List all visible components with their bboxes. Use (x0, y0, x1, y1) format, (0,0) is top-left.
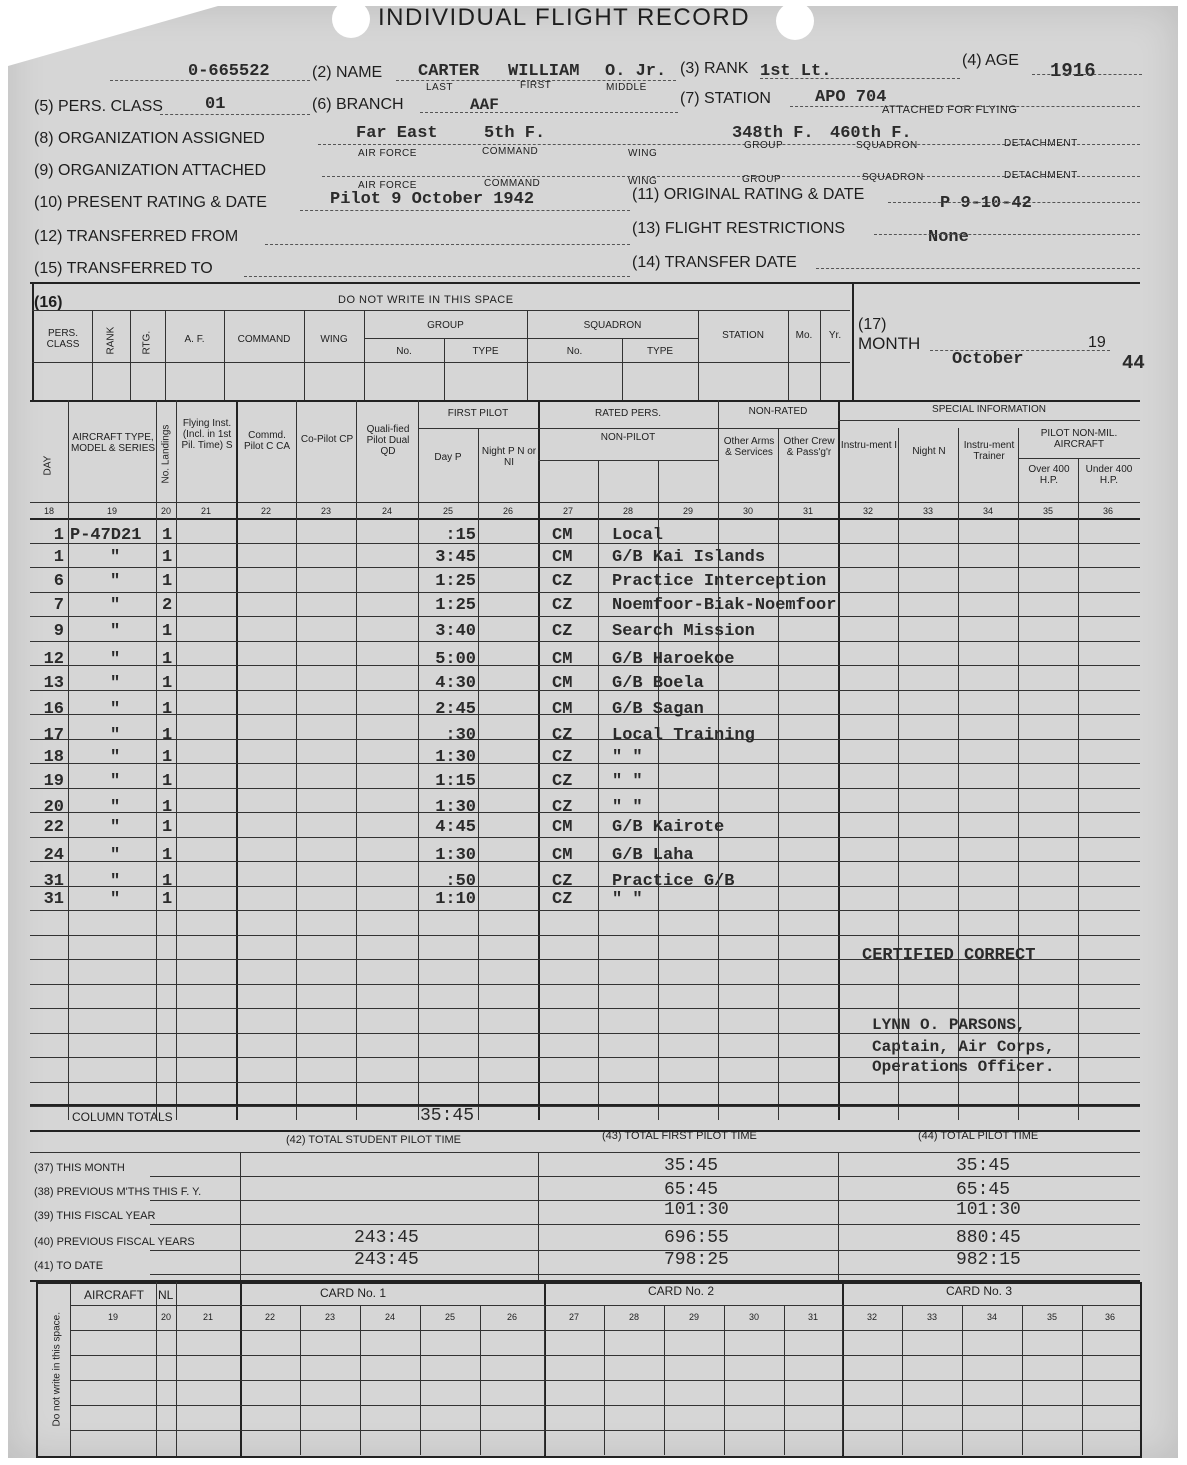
name-sublabel-last: LAST (426, 82, 453, 93)
flight-landings: 1 (162, 818, 172, 837)
present-rating-value: Pilot 9 October 1942 (330, 190, 534, 209)
flight-day-time: 1:25 (420, 596, 476, 615)
flight-day: 1 (34, 548, 64, 567)
hdr-station: STATION (698, 330, 788, 341)
col-num-27: 27 (538, 506, 598, 517)
flight-day-time: 2:45 (420, 700, 476, 719)
hdr-group: GROUP (364, 320, 527, 331)
card-col-number: 34 (962, 1312, 1022, 1323)
totals-row-label: (39) THIS FISCAL YEAR (34, 1210, 155, 1222)
certifier-title: Operations Officer. (872, 1058, 1054, 1076)
hdr-group-type: TYPE (444, 346, 527, 357)
month-block-label: (17) (858, 316, 886, 334)
card-2-label: CARD No. 2 (648, 1284, 714, 1298)
first-pilot-time: 696:55 (664, 1228, 729, 1248)
flight-code: CZ (552, 772, 572, 791)
flight-aircraft: " (110, 622, 120, 641)
total-pilot-time: 880:45 (956, 1228, 1021, 1248)
flight-code: CM (552, 548, 572, 567)
flight-remarks: Noemfoor-Biak-Noemfoor (612, 596, 836, 615)
col-num-36: 36 (1078, 506, 1138, 517)
flight-landings: 1 (162, 572, 172, 591)
log-rule-line (30, 837, 1140, 838)
col-num-31: 31 (778, 506, 838, 517)
org-attached-label: (9) ORGANIZATION ATTACHED (34, 162, 266, 180)
year-prefix: 19 (1088, 334, 1106, 352)
block16-box (32, 282, 854, 402)
flight-day: 1 (34, 526, 64, 545)
hdr-landings: No. Landings (161, 424, 172, 484)
month-label: MONTH (858, 334, 920, 354)
sublabel-detachment: DETACHMENT (1004, 138, 1078, 149)
flight-code: CZ (552, 726, 572, 745)
flight-code: CZ (552, 872, 572, 891)
hdr-commd-pilot: Commd. Pilot C CA (238, 430, 296, 452)
log-rule-line (30, 739, 1140, 740)
flight-landings: 1 (162, 548, 172, 567)
log-rule-line (30, 543, 1140, 544)
flight-landings: 2 (162, 596, 172, 615)
flight-aircraft: " (110, 772, 120, 791)
col-num-28: 28 (598, 506, 658, 517)
flight-landings: 1 (162, 622, 172, 641)
flight-day: 18 (34, 748, 64, 767)
card-col-number: 36 (1082, 1312, 1138, 1323)
org-assigned-label: (8) ORGANIZATION ASSIGNED (34, 130, 265, 148)
flight-aircraft: " (110, 748, 120, 767)
card-col-number: 20 (156, 1312, 176, 1323)
transferred-to-label: (15) TRANSFERRED TO (34, 260, 213, 278)
col-num-26: 26 (478, 506, 538, 517)
hdr-other-arms: Other Arms & Services (720, 436, 778, 458)
hdr-mo: Mo. (788, 330, 820, 341)
log-rule-line (30, 592, 1140, 593)
flight-remarks: " " (612, 890, 643, 909)
sublabel-squadron-2: SQUADRON (862, 172, 924, 183)
flight-aircraft: P-47D21 (70, 526, 141, 545)
serial-number: 0-665522 (188, 62, 270, 81)
sublabel-command-2: COMMAND (484, 178, 540, 189)
card-col-number: 27 (544, 1312, 604, 1323)
flight-aircraft: " (110, 846, 120, 865)
col-num-22: 22 (236, 506, 296, 517)
hdr-squadron-type: TYPE (622, 346, 698, 357)
flight-code: CZ (552, 622, 572, 641)
pers-class-value: 01 (205, 95, 225, 114)
flight-remarks: " " (612, 772, 643, 791)
flight-aircraft: " (110, 872, 120, 891)
torn-corner (8, 6, 218, 66)
flight-landings: 1 (162, 674, 172, 693)
flight-remarks: G/B Haroekoe (612, 650, 734, 669)
hdr-aircraft: AIRCRAFT TYPE, MODEL & SERIES (70, 432, 156, 454)
card-col-number: 21 (176, 1312, 240, 1323)
flight-day-time: 1:15 (420, 772, 476, 791)
hdr-special-info: SPECIAL INFORMATION (838, 404, 1140, 415)
cards-nl-label: NL (158, 1288, 173, 1302)
col-num-30: 30 (718, 506, 778, 517)
flight-restrictions-label: (13) FLIGHT RESTRICTIONS (632, 220, 845, 238)
flight-day-time: 3:40 (420, 622, 476, 641)
flight-day: 20 (34, 798, 64, 817)
log-rule-line (30, 641, 1140, 642)
flight-code: CM (552, 700, 572, 719)
card-col-number: 30 (724, 1312, 784, 1323)
flight-day: 31 (34, 890, 64, 909)
sublabel-detachment-2: DETACHMENT (1004, 170, 1078, 181)
student-pilot-time: 243:45 (354, 1250, 419, 1270)
flight-day-time: 1:25 (420, 572, 476, 591)
flight-landings: 1 (162, 650, 172, 669)
log-rule-line (30, 788, 1140, 789)
col-num-34: 34 (958, 506, 1018, 517)
pers-class-label: (5) PERS. CLASS (34, 98, 163, 116)
flight-remarks: Search Mission (612, 622, 755, 641)
col-num-24: 24 (356, 506, 418, 517)
flight-restrictions-value: None (928, 228, 969, 247)
flight-aircraft: " (110, 674, 120, 693)
hdr-non-rated: NON-RATED (718, 406, 838, 417)
log-rule-line (30, 812, 1140, 813)
first-pilot-time: 65:45 (664, 1180, 718, 1200)
flight-day: 9 (34, 622, 64, 641)
hdr-night-p: Night P N or NI (480, 446, 538, 468)
hdr-instrument: Instru-ment I (840, 440, 898, 451)
flight-code: CZ (552, 798, 572, 817)
flight-aircraft: " (110, 572, 120, 591)
card-col-number: 35 (1022, 1312, 1082, 1323)
hdr-first-pilot: FIRST PILOT (418, 408, 538, 419)
flight-aircraft: " (110, 798, 120, 817)
sublabel-air-force: AIR FORCE (358, 148, 417, 159)
card-col-number: 28 (604, 1312, 664, 1323)
transfer-date-label: (14) TRANSFER DATE (632, 254, 797, 272)
flight-code: CM (552, 818, 572, 837)
flight-code: CZ (552, 596, 572, 615)
log-rule-line (30, 935, 1140, 936)
original-rating-value: P 9-10-42 (940, 194, 1032, 213)
flight-code: CZ (552, 572, 572, 591)
hdr-night: Night N (900, 446, 958, 457)
log-rule-line (30, 665, 1140, 666)
flight-remarks: G/B Kairote (612, 818, 724, 837)
log-rule-line (30, 886, 1140, 887)
org-assigned-air-force: Far East (356, 124, 438, 143)
first-pilot-time: 101:30 (664, 1200, 729, 1220)
flight-day-time: :50 (420, 872, 476, 891)
flight-day: 24 (34, 846, 64, 865)
name-middle: O. Jr. (605, 62, 666, 81)
attached-for-flying-label: ATTACHED FOR FLYING (882, 104, 1017, 116)
flight-day: 16 (34, 700, 64, 719)
col-num-32: 32 (838, 506, 898, 517)
form-title: INDIVIDUAL FLIGHT RECORD (378, 4, 750, 32)
card-col-number: 31 (784, 1312, 842, 1323)
hdr-command: COMMAND (224, 334, 304, 345)
total-pilot-time: 982:15 (956, 1250, 1021, 1270)
flight-day-time: 1:30 (420, 846, 476, 865)
flight-remarks: Practice Interception (612, 572, 826, 591)
flight-aircraft: " (110, 548, 120, 567)
name-sublabel-first: FIRST (520, 80, 551, 91)
sublabel-squadron: SQUADRON (856, 140, 918, 151)
transferred-from-label: (12) TRANSFERRED FROM (34, 228, 238, 246)
flight-aircraft: " (110, 818, 120, 837)
flight-code: CM (552, 650, 572, 669)
flight-day: 7 (34, 596, 64, 615)
column-totals-label: COLUMN TOTALS (72, 1110, 173, 1124)
flight-remarks: " " (612, 798, 643, 817)
card-col-number: 32 (842, 1312, 902, 1323)
total-pilot-time: 35:45 (956, 1156, 1010, 1176)
log-rule-line (30, 616, 1140, 617)
hdr-other-crew: Other Crew & Pass'g'r (780, 436, 838, 458)
flight-landings: 1 (162, 890, 172, 909)
hdr-group-no: No. (364, 346, 444, 357)
flight-remarks: G/B Kai Islands (612, 548, 765, 567)
sublabel-wing: WING (628, 148, 657, 159)
flight-remarks: " " (612, 748, 643, 767)
name-first: WILLIAM (508, 62, 579, 81)
hdr-co-pilot: Co-Pilot CP (298, 434, 356, 445)
flight-day: 12 (34, 650, 64, 669)
flight-remarks: G/B Laha (612, 846, 694, 865)
card-3-label: CARD No. 3 (946, 1284, 1012, 1298)
cards-aircraft-label: AIRCRAFT (84, 1288, 144, 1302)
hdr-qualified: Quali-fied Pilot Dual QD (358, 424, 418, 457)
flight-code: CM (552, 526, 572, 545)
sublabel-group-2: GROUP (742, 174, 781, 185)
hdr-af: A. F. (165, 334, 224, 345)
total-pilot-time: 101:30 (956, 1200, 1021, 1220)
sublabel-group: GROUP (744, 140, 783, 151)
flight-day: 17 (34, 726, 64, 745)
col-num-35: 35 (1018, 506, 1078, 517)
log-rule-line (30, 861, 1140, 862)
flight-remarks: G/B Boela (612, 674, 704, 693)
flight-day: 13 (34, 674, 64, 693)
certifier-rank: Captain, Air Corps, (872, 1038, 1054, 1056)
hdr-flying-inst: Flying Inst. (Incl. in 1st Pil. Time) S (178, 418, 236, 451)
year-value: 44 (1122, 352, 1145, 374)
flight-landings: 1 (162, 726, 172, 745)
log-rule-line (30, 567, 1140, 568)
certifier-name: LYNN O. PARSONS, (872, 1016, 1026, 1034)
hdr-pers-class: PERS. CLASS (34, 328, 92, 350)
col-num-29: 29 (658, 506, 718, 517)
flight-remarks: G/B Sagan (612, 700, 704, 719)
log-rule-line (30, 910, 1140, 911)
flight-remarks: Local Training (612, 726, 755, 745)
card-col-number: 33 (902, 1312, 962, 1323)
name-sublabel-middle: MIDDLE (606, 82, 647, 93)
hdr-day: DAY (43, 436, 54, 476)
student-pilot-time: 243:45 (354, 1228, 419, 1248)
card-1-label: CARD No. 1 (320, 1286, 386, 1300)
col-num-20: 20 (156, 506, 176, 517)
hdr-squadron: SQUADRON (527, 320, 698, 331)
first-pilot-time: 35:45 (664, 1156, 718, 1176)
log-rule-line (30, 690, 1140, 691)
flight-day-time: :15 (420, 526, 476, 545)
flight-day-time: 4:45 (420, 818, 476, 837)
flight-landings: 1 (162, 872, 172, 891)
totals-row-label: (37) THIS MONTH (34, 1162, 125, 1174)
org-assigned-command: 5th F. (484, 124, 545, 143)
col-num-23: 23 (296, 506, 356, 517)
rank-label: (3) RANK (680, 60, 748, 78)
hdr-day-p: Day P (418, 452, 478, 463)
flight-day-time: :30 (420, 726, 476, 745)
log-rule-line (30, 984, 1140, 985)
flight-day-time: 3:45 (420, 548, 476, 567)
log-rule-line (30, 714, 1140, 715)
flight-landings: 1 (162, 526, 172, 545)
hdr-squadron-no: No. (527, 346, 622, 357)
flight-day: 19 (34, 772, 64, 791)
punch-hole-left (332, 0, 370, 38)
flight-day: 22 (34, 818, 64, 837)
flight-aircraft: " (110, 596, 120, 615)
column-total-day-p: 35:45 (420, 1106, 474, 1126)
flight-day: 6 (34, 572, 64, 591)
card-col-number: 29 (664, 1312, 724, 1323)
totals-row-label: (40) PREVIOUS FISCAL YEARS (34, 1236, 195, 1248)
hdr-rank: RANK (106, 317, 117, 355)
flight-landings: 1 (162, 798, 172, 817)
cards-side-note: Do not write in this space. (52, 1317, 63, 1427)
col-num-21: 21 (176, 506, 236, 517)
flight-day-time: 5:00 (420, 650, 476, 669)
flight-aircraft: " (110, 726, 120, 745)
hdr-over-400: Over 400 H.P. (1020, 464, 1078, 486)
flight-landings: 1 (162, 748, 172, 767)
log-rule-line (30, 1082, 1140, 1083)
card-col-number: 23 (300, 1312, 360, 1323)
flight-aircraft: " (110, 890, 120, 909)
name-label: (2) NAME (312, 64, 382, 82)
col-num-25: 25 (418, 506, 478, 517)
hdr-rated-pers: RATED PERS. (538, 408, 718, 419)
card-col-number: 25 (420, 1312, 480, 1323)
flight-aircraft: " (110, 650, 120, 669)
log-rule-line (30, 1008, 1140, 1009)
flight-day-time: 4:30 (420, 674, 476, 693)
flight-landings: 1 (162, 772, 172, 791)
flight-day-time: 1:10 (420, 890, 476, 909)
col-num-19: 19 (68, 506, 156, 517)
card-col-number: 24 (360, 1312, 420, 1323)
totals-row-label: (41) TO DATE (34, 1260, 103, 1272)
punch-hole-right (776, 2, 814, 40)
student-total-label: (42) TOTAL STUDENT PILOT TIME (286, 1134, 461, 1146)
totals-row-label: (38) PREVIOUS M'THS THIS F. Y. (34, 1186, 201, 1198)
hdr-non-pilot: NON-PILOT (538, 432, 718, 443)
card-col-number: 19 (70, 1312, 156, 1323)
flight-aircraft: " (110, 700, 120, 719)
flight-day-time: 1:30 (420, 798, 476, 817)
log-rule-line (30, 1106, 1140, 1107)
station-label: (7) STATION (680, 90, 771, 108)
present-rating-label: (10) PRESENT RATING & DATE (34, 194, 267, 212)
name-last: CARTER (418, 62, 479, 81)
flight-code: CZ (552, 890, 572, 909)
month-value: October (952, 350, 1023, 369)
age-value: 1916 (1050, 60, 1096, 82)
hdr-wing: WING (304, 334, 364, 345)
flight-code: CZ (552, 748, 572, 767)
flight-day-time: 1:30 (420, 748, 476, 767)
first-pilot-total-label: (43) TOTAL FIRST PILOT TIME (602, 1130, 757, 1142)
original-rating-label: (11) ORIGINAL RATING & DATE (632, 186, 864, 204)
hdr-instr-trainer: Instru-ment Trainer (960, 440, 1018, 462)
col-num-33: 33 (898, 506, 958, 517)
flight-remarks: Local (612, 526, 663, 545)
hdr-non-mil: PILOT NON-MIL. AIRCRAFT (1018, 428, 1140, 450)
hdr-under-400: Under 400 H.P. (1080, 464, 1138, 486)
age-label: (4) AGE (962, 52, 1019, 70)
total-pilot-label: (44) TOTAL PILOT TIME (918, 1130, 1038, 1142)
certified-correct: CERTIFIED CORRECT (862, 946, 1035, 965)
log-rule-line (30, 763, 1140, 764)
branch-label: (6) BRANCH (312, 96, 404, 114)
total-pilot-time: 65:45 (956, 1180, 1010, 1200)
cards-box (36, 1282, 1142, 1458)
flight-remarks: Practice G/B (612, 872, 734, 891)
hdr-rtg: RTG. (142, 317, 153, 355)
first-pilot-time: 798:25 (664, 1250, 729, 1270)
flight-code: CM (552, 674, 572, 693)
flight-landings: 1 (162, 846, 172, 865)
col-num-18: 18 (30, 506, 68, 517)
card-col-number: 26 (480, 1312, 544, 1323)
hdr-yr: Yr. (820, 330, 850, 341)
flight-landings: 1 (162, 700, 172, 719)
flight-code: CM (552, 846, 572, 865)
card-col-number: 22 (240, 1312, 300, 1323)
flight-day: 31 (34, 872, 64, 891)
station-value: APO 704 (815, 88, 886, 107)
sublabel-command: COMMAND (482, 146, 538, 157)
